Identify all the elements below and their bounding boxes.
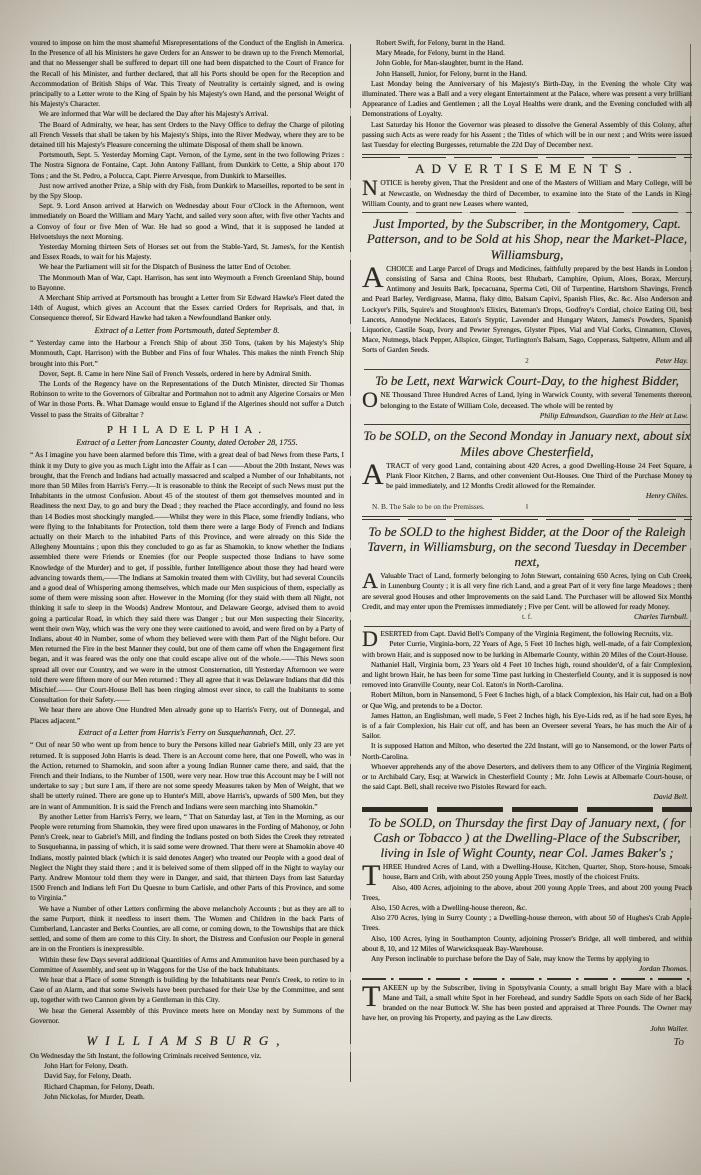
letter-paragraph: By another Letter from Harris's Ferry, w… <box>30 812 344 904</box>
news-paragraph: Dover, Sept. 8. Came in here Nine Sail o… <box>30 369 344 379</box>
letter-paragraph: We have a Number of other Letters confir… <box>30 904 344 955</box>
ad-taken-up: TAKEEN up by the Subscriber, living in S… <box>362 983 692 1024</box>
ad-item: Any Person inclinable to purchase before… <box>362 954 692 964</box>
recruit-description: Nathaniel Hall, Virginia born, 23 Years … <box>362 660 692 691</box>
ad-divider-rule <box>364 369 690 370</box>
recruit-description: It is supposed Hatton and Milton, who de… <box>362 741 692 761</box>
ad-divider-rule <box>362 516 692 521</box>
ad-item: Also, 150 Acres, with a Dwelling-house t… <box>362 903 692 913</box>
ad-imported: ACHOICE and Large Parcel of Drugs and Me… <box>362 264 692 356</box>
letter-paragraph: Within these few Days several additional… <box>30 955 344 975</box>
news-paragraph: voured to impose on him the most shamefu… <box>30 38 344 109</box>
ad-note-row: N. B. The Sale to be on the Premisses.‖ <box>362 502 692 513</box>
ad-item: Also 270 Acres, lying in Surry County ; … <box>362 913 692 933</box>
drop-cap: T <box>362 862 383 889</box>
extract-heading-lancaster: Extract of a Letter from Lancaster Count… <box>30 437 344 449</box>
ad-body-text: ESERTED from Capt. David Bell's Company … <box>380 629 672 638</box>
drop-cap: N <box>362 178 380 198</box>
sentence-line: Mary Meade, for Felony, burnt in the Han… <box>362 48 692 58</box>
ad-heading-just-imported: Just Imported, by the Subscriber, in the… <box>362 216 692 262</box>
news-paragraph: “ Yesterday came into the Harbour a Fren… <box>30 338 344 369</box>
sentence-line: John Hansell, Junior, for Felony, burnt … <box>362 69 692 79</box>
drop-cap: D <box>362 629 380 649</box>
ad-heading-sold-raleigh-tavern: To be SOLD to the highest Bidder, at the… <box>362 524 692 570</box>
ad-notice: NOTICE is hereby given, That the Preside… <box>362 178 692 209</box>
recruit-description: Robert Milton, born in Nansemond, 5 Feet… <box>362 690 692 710</box>
ad-signature: John Waller. <box>362 1024 688 1035</box>
ad-body-text: NE Thousand Three Hundred Acres of Land,… <box>380 390 692 409</box>
news-paragraph: The Board of Admiralty, we hear, has sen… <box>30 120 344 151</box>
letter-paragraph: “ Out of near 50 who went up from hence … <box>30 740 344 811</box>
ad-divider-rule <box>362 212 692 213</box>
letter-paragraph: “ As I imagine you have been alarmed bef… <box>30 450 344 705</box>
ad-body-text: AKEEN up by the Subscriber, living in Sp… <box>362 983 692 1023</box>
ad-chesterfield: ATRACT of very good Land, containing abo… <box>362 461 692 492</box>
drop-cap: A <box>362 571 380 591</box>
sentence-intro: On Wednesday the 5th Instant, the follow… <box>30 1051 344 1061</box>
news-paragraph: The Lords of the Regency have on the Rep… <box>30 379 344 420</box>
compositor-mark: t. f. <box>522 612 532 623</box>
sentence-line: Robert Swift, for Felony, burnt in the H… <box>362 38 692 48</box>
news-paragraph: Last Saturday his Honor the Governor was… <box>362 120 692 151</box>
sentence-line: John Goble, for Man-slaughter, burnt in … <box>362 58 692 68</box>
news-paragraph: A Merchant Ship arrived at Portsmouth ha… <box>30 293 344 324</box>
letter-paragraph: We hear that a Place of some Strength is… <box>30 975 344 1006</box>
catchword: To <box>362 1036 684 1048</box>
sentence-line: Richard Chapman, for Felony, Death. <box>30 1082 344 1092</box>
ad-item: Also, 100 Acres, lying in Southampton Co… <box>362 934 692 954</box>
drop-cap: O <box>362 390 380 410</box>
ad-divider-rule-heavy <box>362 807 692 812</box>
news-paragraph: Yesterday Morning thirteen Sets of Horse… <box>30 242 344 262</box>
ad-heading-sold-isle-of-wight: To be SOLD, on Thursday the first Day of… <box>362 815 692 861</box>
sentence-line: John Nickolas, for Murder, Death. <box>30 1092 344 1102</box>
ad-signature: David Bell. <box>362 792 688 803</box>
ad-signature: Peter Hay. <box>529 356 688 367</box>
news-paragraph: Just now arrived another Prize, a Ship w… <box>30 181 344 201</box>
ad-item: Also, 400 Acres, adjoining to the above,… <box>362 883 692 903</box>
news-paragraph: We are informed that War will be declare… <box>30 109 344 119</box>
ad-heading-to-be-lett: To be Lett, next Warwick Court-Day, to t… <box>362 373 692 388</box>
ad-wight: THREE Hundred Acres of Land, with a Dwel… <box>362 862 692 882</box>
recruit-description: Whoever apprehends any of the above Dese… <box>362 762 692 793</box>
news-paragraph: Sept. 9. Lord Anson arrived at Harwich o… <box>30 201 344 242</box>
ad-divider-rule <box>364 626 690 627</box>
ad-body-text: TRACT of very good Land, containing abou… <box>386 461 692 490</box>
extract-heading-harris-ferry: Extract of a Letter from Harris's Ferry … <box>30 727 344 739</box>
extract-heading-portsmouth: Extract of a Letter from Portsmouth, dat… <box>30 325 344 337</box>
newspaper-page: voured to impose on him the most shamefu… <box>0 0 701 1175</box>
drop-cap: A <box>362 264 386 291</box>
ad-signature: Charles Turnbull. <box>532 612 688 623</box>
drop-cap: A <box>362 461 386 488</box>
sentence-line: John Hart for Felony, Death. <box>30 1061 344 1071</box>
ad-signature-row: t. f.Charles Turnbull. <box>362 612 692 623</box>
letter-paragraph: We hear there are above One Hundred Men … <box>30 705 344 725</box>
ad-signature: Henry Chiles. <box>362 491 688 502</box>
ad-signature: Jordan Thomas. <box>362 964 688 975</box>
letter-paragraph: We hear the General Assembly of this Pro… <box>30 1006 344 1026</box>
advertisements-heading: ADVERTISEMENTS. <box>362 161 692 177</box>
ad-divider-rule <box>362 978 692 980</box>
ad-lett: ONE Thousand Three Hundred Acres of Land… <box>362 390 692 410</box>
right-column: Robert Swift, for Felony, burnt in the H… <box>362 38 692 1048</box>
left-column: voured to impose on him the most shamefu… <box>30 38 344 1102</box>
ad-signature-row: 2Peter Hay. <box>362 356 692 367</box>
williamsburg-heading: WILLIAMSBURG, <box>30 1033 344 1049</box>
ad-heading-sold-chesterfield: To be SOLD, on the Second Monday in Janu… <box>362 428 692 458</box>
ad-body-text: OTICE is hereby given, That the Presiden… <box>362 178 692 207</box>
news-paragraph: We hear the Parliament will sit for the … <box>30 262 344 272</box>
news-paragraph: Portsmouth, Sept. 5. Yesterday Morning C… <box>30 150 344 181</box>
recruit-description: James Hatton, an Englishman, well made, … <box>362 711 692 742</box>
ad-raleigh: AValuable Tract of Land, formerly belong… <box>362 571 692 612</box>
ad-body-text: CHOICE and Large Parcel of Drugs and Med… <box>362 264 692 355</box>
news-paragraph: Last Monday being the Anniversary of his… <box>362 79 692 120</box>
ad-divider-rule <box>364 424 690 425</box>
philadelphia-heading: PHILADELPHIA. <box>30 424 344 436</box>
nota-bene: N. B. The Sale to be on the Premisses. <box>362 502 526 513</box>
ad-body-text: HREE Hundred Acres of Land, with a Dwell… <box>383 862 692 881</box>
ad-signature: Philip Edmundson, Guardian to the Heir a… <box>362 411 688 422</box>
recruit-description: Peter Currie, Virginia-born, 22 Years of… <box>362 639 692 659</box>
drop-cap: T <box>362 983 383 1010</box>
news-paragraph: The Monmouth Man of War, Capt. Harrison,… <box>30 273 344 293</box>
compositor-mark: ‖ <box>526 502 528 513</box>
ad-deserted: DESERTED from Capt. David Bell's Company… <box>362 629 692 639</box>
column-divider-rule <box>350 44 351 1082</box>
sentence-line: David Say, for Felony, Death. <box>30 1071 344 1081</box>
ad-body-text: Valuable Tract of Land, formerly belongi… <box>362 571 692 611</box>
section-divider-rule <box>362 154 692 159</box>
